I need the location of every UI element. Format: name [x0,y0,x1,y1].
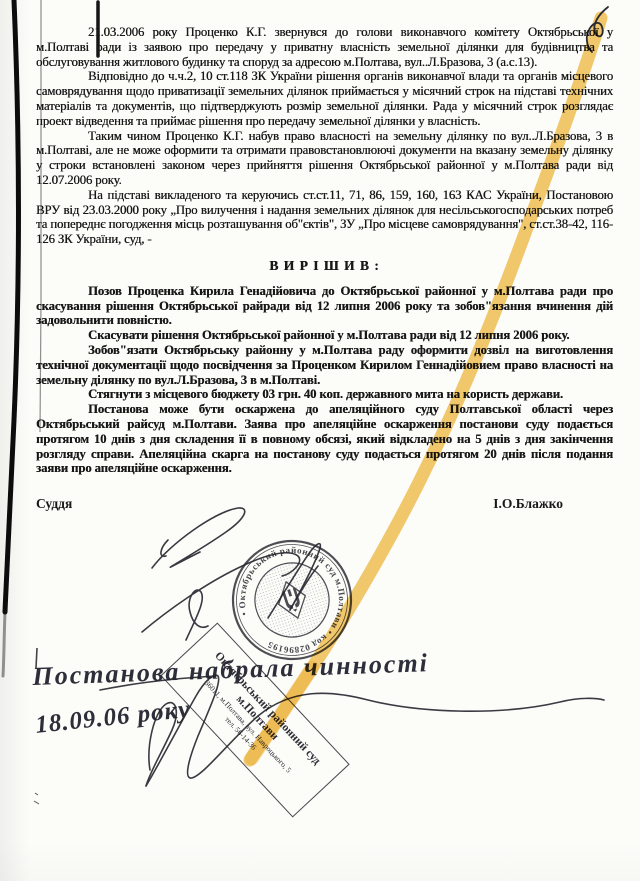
paragraph: Таким чином Проценко К.Г. набув право вл… [36,129,613,188]
paragraph: Відповідно до ч.ч.2, 10 ст.118 ЗК Україн… [36,69,613,128]
scanned-page: 21.03.2006 року Проценко К.Г. звернувся … [0,0,640,881]
paragraph: На підставі викладеного та керуючись ст.… [36,188,613,247]
scan-edge-artifact [5,0,19,612]
scan-speck-2 [34,793,39,804]
scan-edge-artifact-fade [3,612,5,676]
signature-role-label: Суддя [36,496,72,512]
signature-row: Суддя І.О.Блажко [36,496,613,512]
signature-stroke [161,540,168,556]
signature-name: І.О.Блажко [493,496,563,512]
seal-graphic: • Октябрьський районний суд м.Полтави • … [230,538,354,662]
paragraph: 21.03.2006 року Проценко К.Г. звернувся … [36,25,613,69]
document-body: 21.03.2006 року Проценко К.Г. звернувся … [36,25,613,476]
handwritten-date-note: 18.09.06 року [34,696,192,740]
decision-paragraph: Постанова може бути оскаржена до апеляці… [36,402,613,476]
decision-paragraph: Скасувати рішення Октябрьської районної … [36,328,613,343]
decision-section: Позов Проценка Кирила Генадійовича до Ок… [36,284,613,476]
decision-heading: В И Р І Ш И В : [36,259,613,274]
decision-paragraph: Зобов"язати Октябрьську районну у м.Полт… [36,343,613,387]
decision-paragraph: Стягнути з місцевого бюджету 03 грн. 40 … [36,387,613,402]
court-round-seal: • Октябрьський районний суд м.Полтави • … [230,538,354,662]
decision-paragraph: Позов Проценка Кирила Генадійовича до Ок… [36,284,613,328]
